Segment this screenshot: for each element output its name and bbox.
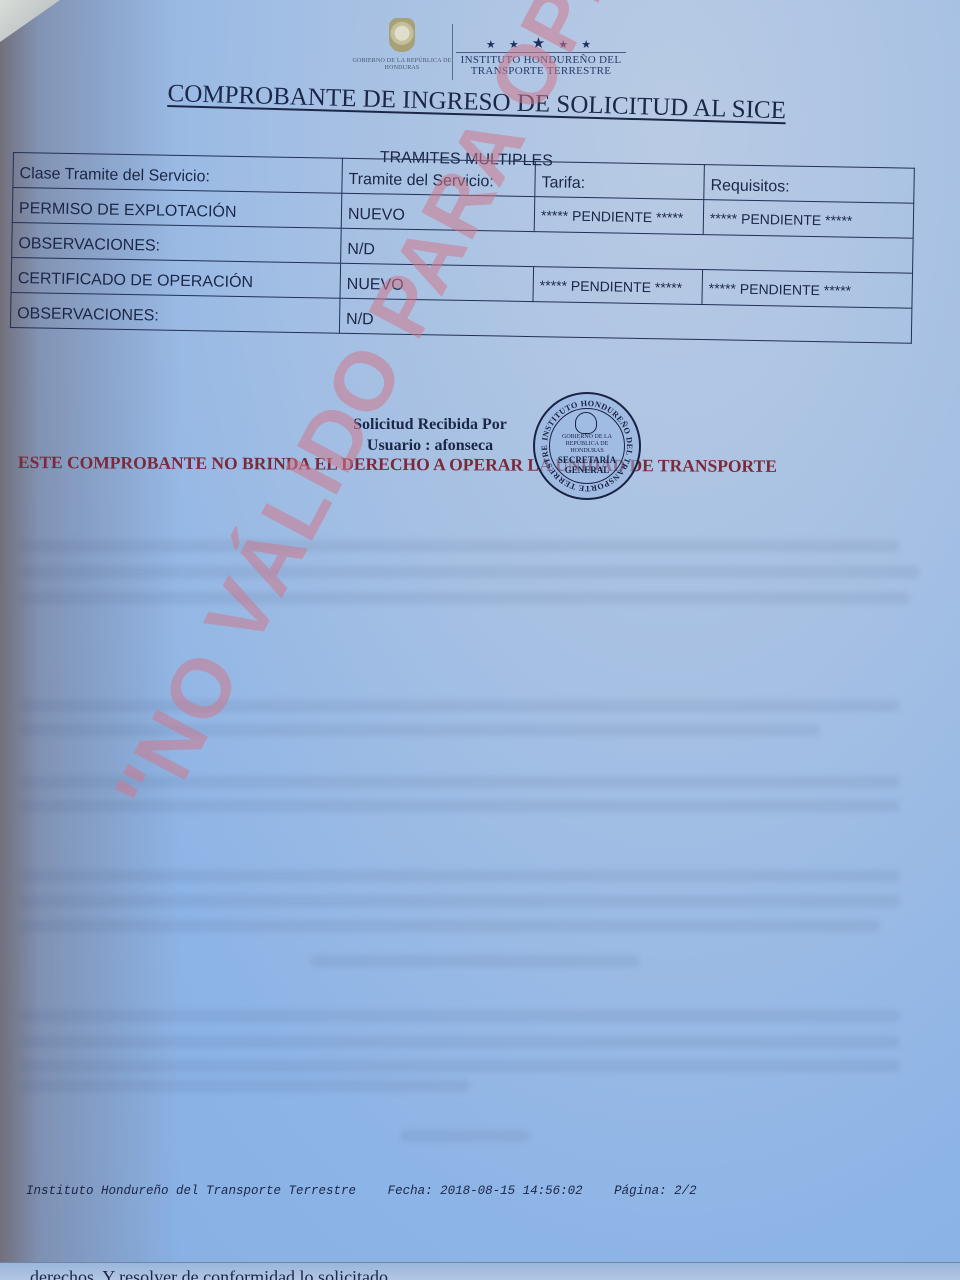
bleed-through-line (20, 895, 900, 907)
bleed-through-line (400, 1130, 530, 1142)
received-by-block: Solicitud Recibida Por Usuario : afonsec… (330, 414, 530, 456)
bleed-through-line (20, 566, 920, 578)
header-clase: Clase Tramite del Servicio: (13, 153, 343, 194)
footer-date: Fecha: 2018-08-15 14:56:02 (388, 1184, 583, 1198)
footer-page-number: Página: 2/2 (614, 1184, 697, 1198)
cell-tarifa: ***** PENDIENTE ***** (533, 267, 703, 305)
institute-logo: ★ ★ ★ ★ ★ INSTITUTO HONDUREÑO DEL TRANSP… (456, 38, 626, 77)
bleed-through-line (20, 1036, 900, 1048)
warning-notice: ESTE COMPROBANTE NO BRINDA EL DERECHO A … (18, 452, 777, 477)
cell-clase: CERTIFICADO DE OPERACIÓN (11, 257, 341, 298)
footer-institution: Instituto Hondureño del Transporte Terre… (26, 1184, 356, 1198)
underlying-page-edge: derechos. Y resolver de conformidad lo s… (0, 1262, 960, 1280)
bleed-through-line (20, 1060, 900, 1072)
cell-observaciones-label: OBSERVACIONES: (10, 292, 340, 333)
government-logo-text: GOBIERNO DE LA REPÚBLICA DE HONDURAS (352, 58, 452, 72)
bleed-through-line (20, 1080, 470, 1092)
bleed-through-line (20, 800, 900, 812)
seal-emblem-icon (575, 412, 597, 434)
seal-line4: GENERAL (551, 465, 623, 475)
official-seal-stamp: INSTITUTO HONDUREÑO DEL TRANSPORTE TERRE… (533, 392, 641, 500)
bleed-through-line (20, 1010, 900, 1022)
bleed-through-line (20, 870, 900, 882)
seal-line3: SECRETARÍA (551, 455, 623, 465)
cell-requisitos: ***** PENDIENTE ***** (702, 270, 913, 309)
seal-line2: REPÚBLICA DE HONDURAS (551, 441, 623, 455)
underlying-page-text: derechos. Y resolver de conformidad lo s… (30, 1267, 393, 1280)
logo-divider (452, 24, 453, 80)
received-by-label: Solicitud Recibida Por (330, 414, 530, 435)
bleed-through-line (20, 592, 910, 604)
cell-tarifa: ***** PENDIENTE ***** (534, 197, 704, 235)
header-tramite: Tramite del Servicio: (342, 158, 536, 196)
bleed-through-line (20, 920, 880, 932)
government-logo: GOBIERNO DE LA REPÚBLICA DE HONDURAS (352, 18, 452, 72)
bleed-through-line (20, 724, 820, 736)
document-page: GOBIERNO DE LA REPÚBLICA DE HONDURAS ★ ★… (0, 0, 960, 1280)
bleed-through-line (20, 776, 900, 788)
cell-clase: PERMISO DE EXPLOTACIÓN (12, 188, 342, 229)
header-requisitos: Requisitos: (704, 165, 915, 204)
stars-icon: ★ ★ ★ ★ ★ (456, 38, 626, 51)
page-corner-fold (0, 0, 60, 42)
tramites-table: Clase Tramite del Servicio: Tramite del … (10, 152, 915, 344)
header-tarifa: Tarifa: (535, 162, 705, 200)
cell-tramite: NUEVO (340, 263, 534, 301)
document-title: COMPROBANTE DE INGRESO DE SOLICITUD AL S… (167, 80, 778, 125)
page-footer: Instituto Hondureño del Transporte Terre… (26, 1184, 721, 1198)
bleed-through-line (20, 540, 900, 552)
cell-observaciones-label: OBSERVACIONES: (12, 222, 342, 263)
cell-tramite: NUEVO (341, 193, 535, 231)
honduras-coat-of-arms-icon (389, 18, 415, 52)
bleed-through-line (20, 700, 900, 712)
seal-line1: GOBIERNO DE LA (551, 434, 623, 441)
cell-requisitos: ***** PENDIENTE ***** (703, 200, 914, 239)
institute-name-line2: TRANSPORTE TERRESTRE (456, 66, 626, 77)
bleed-through-line (310, 955, 640, 967)
